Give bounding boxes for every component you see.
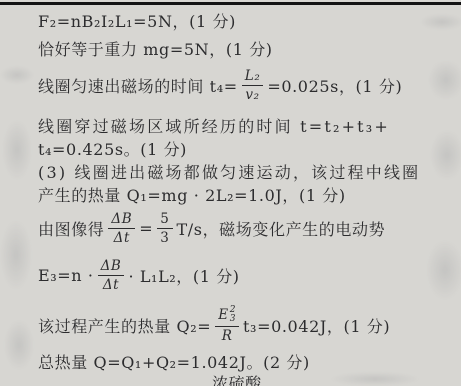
fraction-5-3: 5 3 xyxy=(157,211,172,246)
formula-text: t₃=0.042J，(1 分) xyxy=(243,314,390,337)
variable-E: E xyxy=(218,307,228,323)
text-line-total-time: 线圈穿过磁场区域所经历的时间 t=t₂+t₃+ xyxy=(38,117,390,137)
formula-text: 该过程产生的热量 Q₂= xyxy=(38,314,211,337)
fraction-numerator: E23 xyxy=(215,306,239,327)
formula-line-q2: 该过程产生的热量 Q₂= E23 R t₃=0.042J，(1 分) xyxy=(38,306,390,344)
fraction-numerator: ΔB xyxy=(98,258,125,276)
bleed-through-mark xyxy=(330,372,420,386)
fraction-denominator: R xyxy=(219,327,236,344)
formula-line-t4: 线圈匀速出磁场的时间 t₄= L₂ v₂ =0.025s，(1 分) xyxy=(38,68,402,103)
cutoff-next-section-text: 浓硫酸 xyxy=(212,374,262,386)
formula-line-t-result: t₄=0.425s。(1 分) xyxy=(38,140,187,160)
formula-text: 线圈匀速出磁场的时间 t₄= xyxy=(38,74,238,97)
formula-text: · L₁L₂，(1 分) xyxy=(128,264,239,287)
bleed-through-mark xyxy=(0,220,32,290)
fraction-L2-v2: L₂ v₂ xyxy=(242,68,264,103)
bleed-through-mark xyxy=(426,240,461,300)
equals-sign: = xyxy=(139,219,153,238)
fraction-denominator: 3 xyxy=(157,229,172,246)
formula-text: 由图像得 xyxy=(38,217,104,240)
bleed-through-mark xyxy=(428,60,461,100)
bleed-through-mark xyxy=(4,320,34,370)
bleed-through-mark xyxy=(430,130,461,180)
bleed-through-mark xyxy=(420,14,461,30)
formula-line-f2: F₂=nB₂I₂L₁=5N，(1 分) xyxy=(38,12,236,32)
fraction-numerator: ΔB xyxy=(108,211,135,229)
text-line-gravity: 恰好等于重力 mg=5N，(1 分) xyxy=(38,40,273,60)
formula-text: T/s，磁场变化产生的电动势 xyxy=(177,217,386,240)
formula-line-e3: E₃=n · ΔB Δt · L₁L₂，(1 分) xyxy=(38,258,240,293)
fraction-numerator: 5 xyxy=(157,211,172,229)
stacked-sup-sub: 23 xyxy=(230,306,236,325)
fraction-E3sq-R: E23 R xyxy=(215,306,239,344)
text-line-part3: (3) 线圈进出磁场都做匀速运动，该过程中线圈 xyxy=(38,163,420,183)
formula-text: E₃=n · xyxy=(38,266,94,285)
fraction-denominator: Δt xyxy=(111,229,133,246)
bleed-through-mark xyxy=(2,120,32,180)
formula-line-q1: 产生的热量 Q₁=mg · 2L₂=1.0J，(1 分) xyxy=(38,186,346,206)
formula-text: =0.025s，(1 分) xyxy=(267,74,402,97)
subscript: 3 xyxy=(230,315,236,324)
fraction-dB-dt: ΔB Δt xyxy=(98,258,125,293)
fraction-numerator: L₂ xyxy=(242,68,264,86)
bleed-through-mark xyxy=(0,66,34,84)
fraction-denominator: v₂ xyxy=(242,86,262,103)
fraction-dB-dt: ΔB Δt xyxy=(108,211,135,246)
page-top-rule xyxy=(0,2,461,5)
formula-line-total-heat: 总热量 Q=Q₁+Q₂=1.042J。(2 分) xyxy=(38,353,310,373)
fraction-denominator: Δt xyxy=(100,276,122,293)
scanned-solution-page: F₂=nB₂I₂L₁=5N，(1 分) 恰好等于重力 mg=5N，(1 分) 线… xyxy=(0,0,461,386)
formula-line-dbdt: 由图像得 ΔB Δt = 5 3 T/s，磁场变化产生的电动势 xyxy=(38,211,385,246)
